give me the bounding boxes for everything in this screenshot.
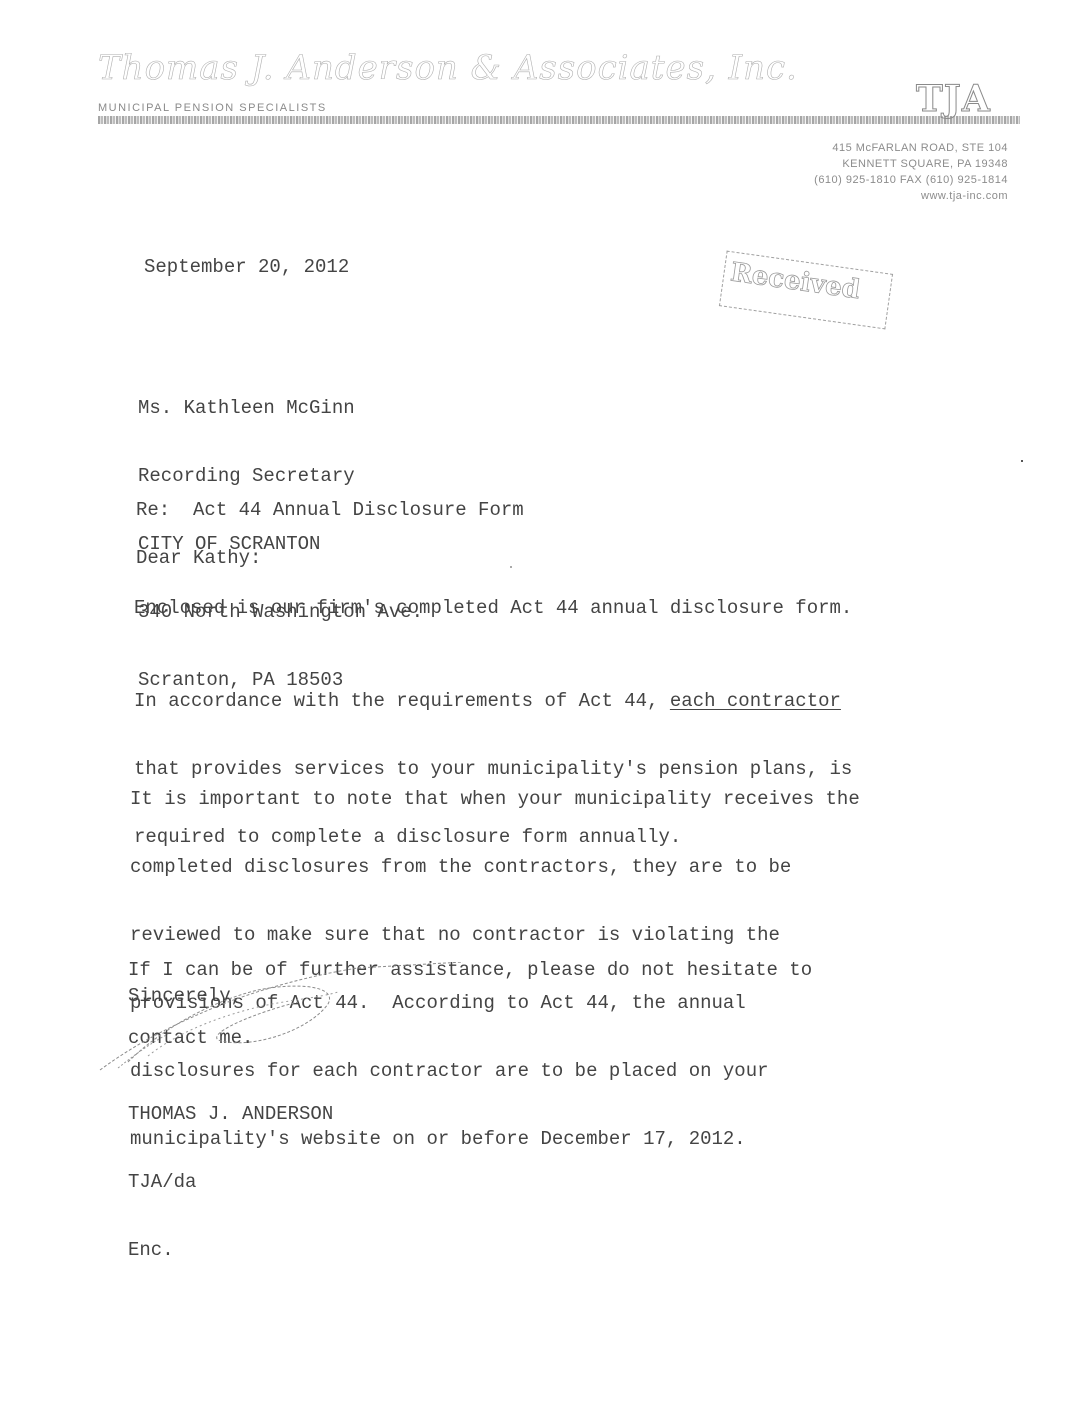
received-stamp: Received [719, 251, 893, 330]
letter-date: September 20, 2012 [144, 255, 349, 279]
recipient-title: Recording Secretary [138, 464, 423, 488]
phone-fax-line: (610) 925-1810 FAX (610) 925-1814 [814, 172, 1008, 188]
letterhead-rule [98, 116, 1020, 124]
letter-page: Thomas J. Anderson & Associates, Inc. MU… [0, 0, 1088, 1408]
company-logo: TJA [916, 78, 991, 120]
paragraph-text: It is important to note that when your m… [130, 787, 860, 811]
address-line: 415 McFARLAN ROAD, STE 104 [814, 140, 1008, 156]
address-line: KENNETT SQUARE, PA 19348 [814, 156, 1008, 172]
scan-speck [510, 566, 512, 568]
paragraph-text: In accordance with the requirements of A… [134, 690, 670, 712]
signer-block: THOMAS J. ANDERSON TJA/da Enc. [128, 1058, 333, 1306]
company-tagline: MUNICIPAL PENSION SPECIALISTS [98, 102, 327, 114]
paragraph-enclosed: Enclosed is our firm's completed Act 44 … [134, 596, 852, 620]
recipient-name: Ms. Kathleen McGinn [138, 396, 423, 420]
emphasized-text: each contractor [670, 690, 841, 712]
paragraph-text: completed disclosures from the contracto… [130, 855, 860, 879]
company-address: 415 McFARLAN ROAD, STE 104 KENNETT SQUAR… [814, 140, 1008, 204]
handwritten-signature [98, 962, 468, 1072]
signer-name: THOMAS J. ANDERSON [128, 1102, 333, 1126]
company-name: Thomas J. Anderson & Associates, Inc. [98, 48, 798, 88]
enclosure-notation: Enc. [128, 1238, 333, 1262]
salutation: Dear Kathy: [136, 546, 261, 570]
website-line: www.tja-inc.com [814, 188, 1008, 204]
scan-speck [1021, 460, 1023, 462]
subject-line: Re: Act 44 Annual Disclosure Form [136, 498, 524, 522]
reference-initials: TJA/da [128, 1170, 333, 1194]
